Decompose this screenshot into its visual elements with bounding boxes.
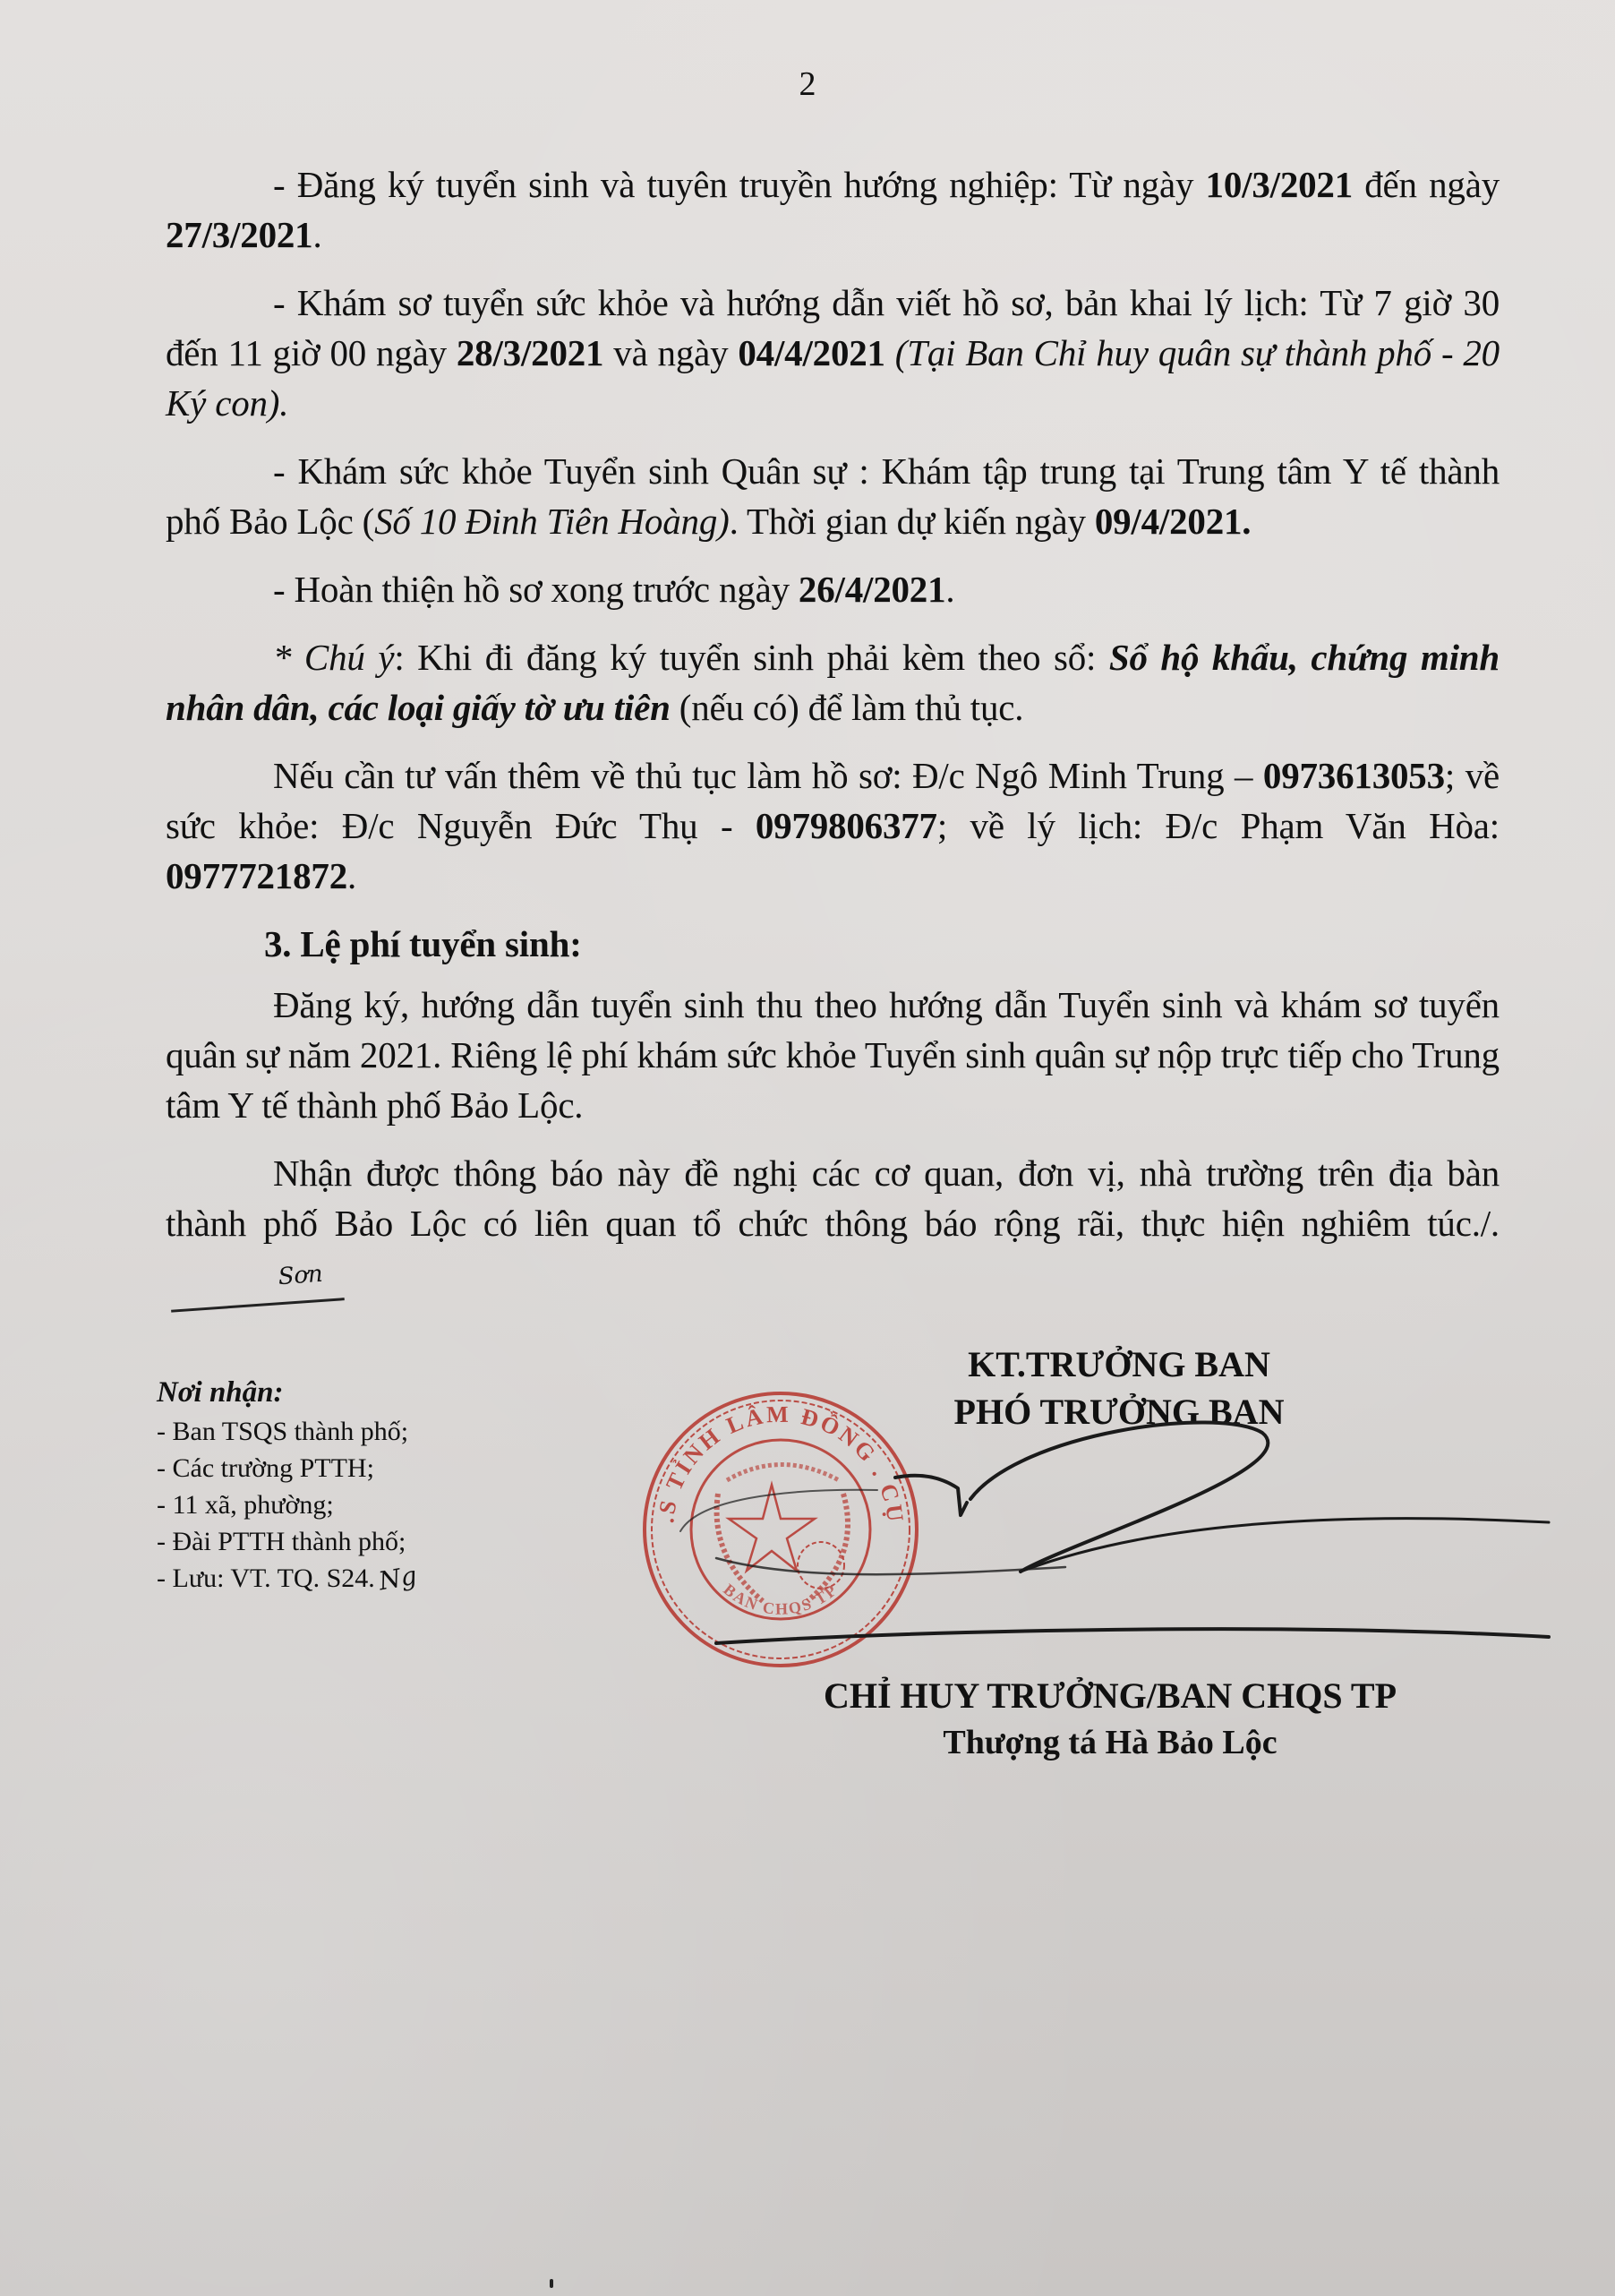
contact-phone-trung: 0973613053: [1263, 755, 1445, 796]
svg-text:BAN CHQS TP: BAN CHQS TP: [720, 1581, 841, 1618]
health-exam-address: Số 10 Đinh Tiên Hoàng): [374, 501, 730, 542]
recipient-item: - 11 xã, phường;: [157, 1486, 416, 1523]
official-red-stamp: BCH.Q.S TỈNH LÂM ĐỒNG . CỤC LỘC BAN CHQS…: [637, 1386, 924, 1673]
recipient-item: - Đài PTTH thành phố;: [157, 1523, 416, 1560]
schedule-health-exam: - Khám sức khỏe Tuyển sinh Quân sự : Khá…: [166, 446, 1500, 546]
closing-paragraph: Nhận được thông báo này đề nghị các cơ q…: [166, 1148, 1500, 1306]
schedule-preliminary-exam: - Khám sơ tuyển sức khỏe và hướng dẫn vi…: [166, 278, 1500, 428]
page-number: 2: [0, 64, 1615, 104]
schedule-dossier-deadline: - Hoàn thiện hồ sơ xong trước ngày 26/4/…: [166, 564, 1500, 614]
fee-section-heading: 3. Lệ phí tuyển sinh:: [166, 919, 1500, 969]
preliminary-exam-date-2: 04/4/2021: [738, 332, 884, 373]
note-label: * Chú ý: [273, 637, 394, 678]
recipient-item: - Lưu: VT. TQ. S24.Ng: [157, 1560, 416, 1597]
contact-phone-thu: 0979806377: [756, 805, 937, 846]
handwritten-initials: Sơn: [167, 1247, 344, 1312]
signer-role-line-1: KT.TRƯỞNG BAN: [806, 1343, 1432, 1385]
health-exam-date: 09/4/2021.: [1095, 501, 1252, 542]
contact-phone-hoa: 0977721872: [166, 855, 347, 896]
registration-start-date: 10/3/2021: [1206, 164, 1353, 205]
preliminary-exam-date-1: 28/3/2021: [457, 332, 603, 373]
dossier-deadline-date: 26/4/2021: [799, 569, 945, 610]
contacts-paragraph: Nếu cần tư vấn thêm về thủ tục làm hồ sơ…: [166, 750, 1500, 901]
signer-name: Thượng tá Hà Bảo Lộc: [698, 1723, 1522, 1762]
recipient-item: - Các trường PTTH;: [157, 1450, 416, 1486]
signer-title: CHỈ HUY TRƯỞNG/BAN CHQS TP: [698, 1675, 1522, 1717]
schedule-registration: - Đăng ký tuyển sinh và tuyên truyền hướ…: [166, 159, 1500, 260]
recipients-list: Nơi nhận: - Ban TSQS thành phố; - Các tr…: [157, 1375, 416, 1597]
svg-text:BCH.Q.S TỈNH LÂM ĐỒNG . CỤC LỘ: BCH.Q.S TỈNH LÂM ĐỒNG . CỤC LỘC: [637, 1386, 909, 1526]
handwritten-scribble: Ng: [376, 1557, 420, 1600]
registration-end-date: 27/3/2021: [166, 214, 312, 255]
recipients-title: Nơi nhận:: [157, 1375, 416, 1411]
required-documents-note: * Chú ý: Khi đi đăng ký tuyển sinh phải …: [166, 632, 1500, 732]
document-body: - Đăng ký tuyển sinh và tuyên truyền hướ…: [166, 159, 1500, 1324]
fee-section-text: Đăng ký, hướng dẫn tuyển sinh thu theo h…: [166, 980, 1500, 1130]
paper-speck: [550, 2279, 553, 2288]
recipient-item: - Ban TSQS thành phố;: [157, 1413, 416, 1450]
